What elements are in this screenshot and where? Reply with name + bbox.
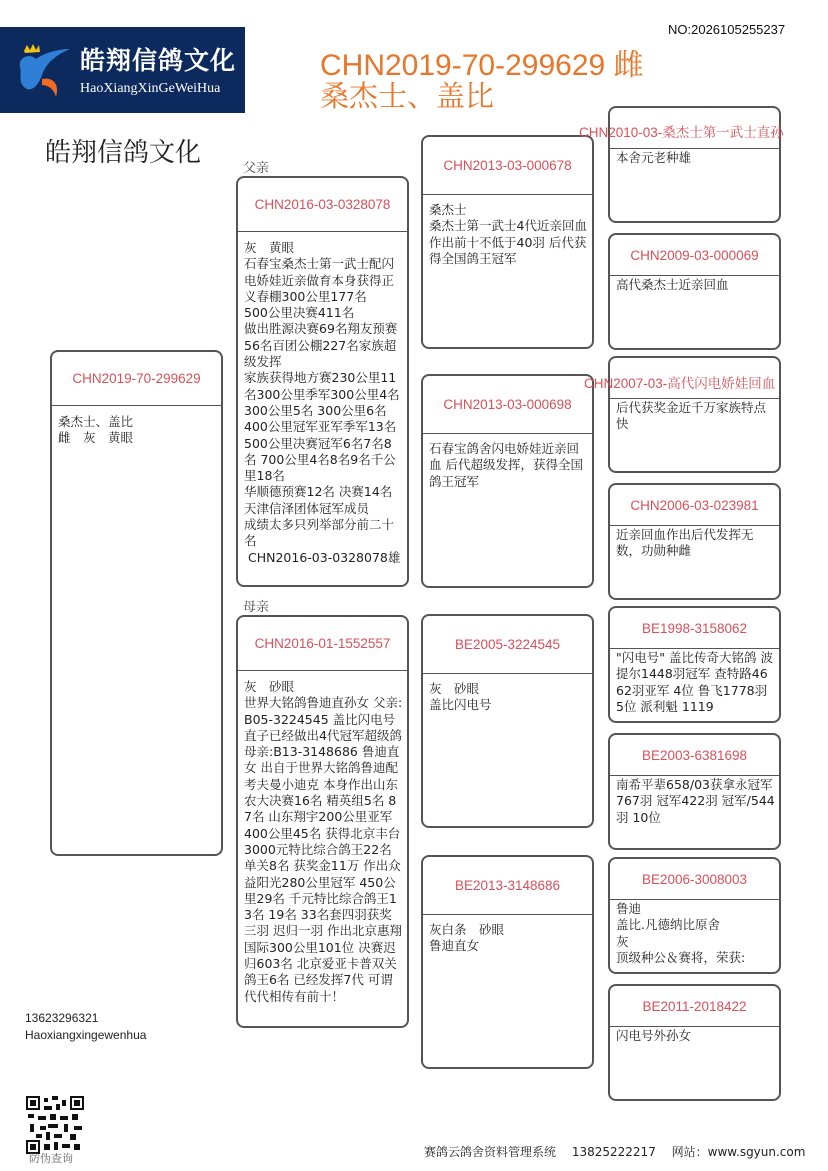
ggp-mmm-ring: BE2011-2018422 (610, 986, 779, 1027)
contact-info: 13623296321 Haoxiangxingewenhua (25, 1010, 146, 1044)
ggp-mmf-card[interactable]: BE2006-3008003 鲁迪 盖比.凡德纳比原舍 灰 顶级种公＆赛将，荣获… (608, 857, 781, 974)
ggp-mmf-ring: BE2006-3008003 (610, 859, 779, 900)
ggp-ffm-card[interactable]: CHN2009-03-000069 高代桑杰士近亲回血 (608, 233, 781, 350)
father-details: 灰 黄眼 石春宝桑杰士第一武士配闪电娇娃近亲做育本身获得正义春棚300公里177… (244, 240, 403, 566)
logo-text-en: HaoXiangXinGeWeiHua (80, 81, 220, 97)
ggp-mfm-card[interactable]: BE2003-6381698 南希平辈658/03获拿永冠军767羽 冠军422… (608, 733, 781, 850)
father-label: 父亲 (243, 157, 269, 176)
ggp-mff-ring: BE1998-3158062 (610, 608, 779, 649)
mother-card[interactable]: CHN2016-01-1552557 灰 砂眼 世界大铭鸽鲁迪直孙女 父亲:B0… (236, 615, 409, 1028)
ggp-fff-ring: CHN2010-03-桑杰士第一武士直孙 (579, 121, 784, 141)
footer-website[interactable]: 网站：www.sgyun.com (672, 1145, 806, 1159)
father-card[interactable]: CHN2016-03-0328078 灰 黄眼 石春宝桑杰士第一武士配闪电娇娃近… (236, 176, 409, 587)
ggp-ffm-details: 高代桑杰士近亲回血 (616, 277, 775, 293)
anti-counterfeit-label: 防伪查询 (29, 1150, 73, 1166)
paternal-grandmother-card[interactable]: CHN2013-03-000698 石春宝鸽舍闪电娇娃近亲回血 后代超级发挥，获… (421, 374, 594, 588)
logo: 皓翔信鸽文化 HaoXiangXinGeWeiHua (0, 27, 245, 113)
maternal-grandfather-details: 灰 砂眼 盖比闪电号 (429, 681, 588, 714)
ggp-ffm-ring: CHN2009-03-000069 (610, 235, 779, 276)
document-number: NO:2026105255237 (668, 22, 785, 37)
maternal-grandmother-card[interactable]: BE2013-3148686 灰白条 砂眼 鲁迪直女 (421, 855, 594, 1069)
paternal-grandmother-ring: CHN2013-03-000698 (423, 376, 592, 434)
maternal-grandmother-ring: BE2013-3148686 (423, 857, 592, 915)
ggp-mfm-ring: BE2003-6381698 (610, 735, 779, 776)
ggp-fmm-details: 近亲回血作出后代发挥无数，功勋种雌 (616, 527, 775, 560)
ggp-fmf-details: 后代获奖金近千万家族特点快 (616, 400, 775, 433)
father-ring: CHN2016-03-0328078 (238, 178, 407, 232)
maternal-grandfather-card[interactable]: BE2005-3224545 灰 砂眼 盖比闪电号 (421, 614, 594, 828)
ggp-mfm-details: 南希平辈658/03获拿永冠军767羽 冠军422羽 冠军/544羽 10位 (616, 777, 775, 826)
ggp-mmm-details: 闪电号外孙女 (616, 1028, 775, 1044)
ggp-mmf-details: 鲁迪 盖比.凡德纳比原舍 灰 顶级种公＆赛将，荣获: (616, 901, 775, 966)
ggp-mff-card[interactable]: BE1998-3158062 "闪电号" 盖比传奇大铭鸽 波提尔1448羽冠军 … (608, 606, 781, 723)
subject-ring: CHN2019-70-299629 (52, 352, 221, 406)
qr-code-icon[interactable] (26, 1096, 84, 1154)
pedigree-title-name: 桑杰士、盖比 (320, 74, 494, 115)
pigeon-logo-icon (10, 39, 74, 103)
paternal-grandmother-details: 石春宝鸽舍闪电娇娃近亲回血 后代超级发挥，获得全国鸽王冠军 (429, 441, 588, 490)
ggp-fmf-ring: CHN2007-03-高代闪电娇娃回血 (584, 372, 775, 392)
footer-system: 赛鸽云鸽舍资料管理系统 (424, 1145, 556, 1159)
footer-phone: 13825222217 (572, 1145, 656, 1159)
ggp-mmm-card[interactable]: BE2011-2018422 闪电号外孙女 (608, 984, 781, 1101)
logo-text-cn: 皓翔信鸽文化 (80, 41, 236, 77)
paternal-grandfather-details: 桑杰士 桑杰士第一武士4代近亲回血作出前十不低于40羽 后代获得全国鸽王冠军 (429, 202, 588, 267)
maternal-grandmother-details: 灰白条 砂眼 鲁迪直女 (429, 922, 588, 955)
maternal-grandfather-ring: BE2005-3224545 (423, 616, 592, 674)
subject-card[interactable]: CHN2019-70-299629 桑杰士、盖比 雌 灰 黄眼 (50, 350, 223, 856)
paternal-grandfather-card[interactable]: CHN2013-03-000678 桑杰士 桑杰士第一武士4代近亲回血作出前十不… (421, 135, 594, 349)
paternal-grandfather-ring: CHN2013-03-000678 (423, 137, 592, 195)
contact-phone: 13623296321 (25, 1010, 146, 1027)
subject-details: 桑杰士、盖比 雌 灰 黄眼 (58, 414, 217, 447)
footer: 赛鸽云鸽舍资料管理系统 13825222217 网站：www.sgyun.com (424, 1143, 817, 1160)
ggp-fmm-card[interactable]: CHN2006-03-023981 近亲回血作出后代发挥无数，功勋种雌 (608, 483, 781, 600)
mother-details: 灰 砂眼 世界大铭鸽鲁迪直孙女 父亲:B05-3224545 盖比闪电号直子已经… (244, 679, 403, 1005)
mother-ring: CHN2016-01-1552557 (238, 617, 407, 671)
ggp-fff-details: 本舍元老种雄 (616, 150, 775, 166)
brand-name: 皓翔信鸽文化 (45, 132, 201, 169)
ggp-mff-details: "闪电号" 盖比传奇大铭鸽 波提尔1448羽冠军 查特路4662羽亚军 4位 鲁… (616, 650, 775, 715)
contact-name: Haoxiangxingewenhua (25, 1027, 146, 1044)
mother-label: 母亲 (243, 596, 269, 615)
ggp-fmm-ring: CHN2006-03-023981 (610, 485, 779, 526)
